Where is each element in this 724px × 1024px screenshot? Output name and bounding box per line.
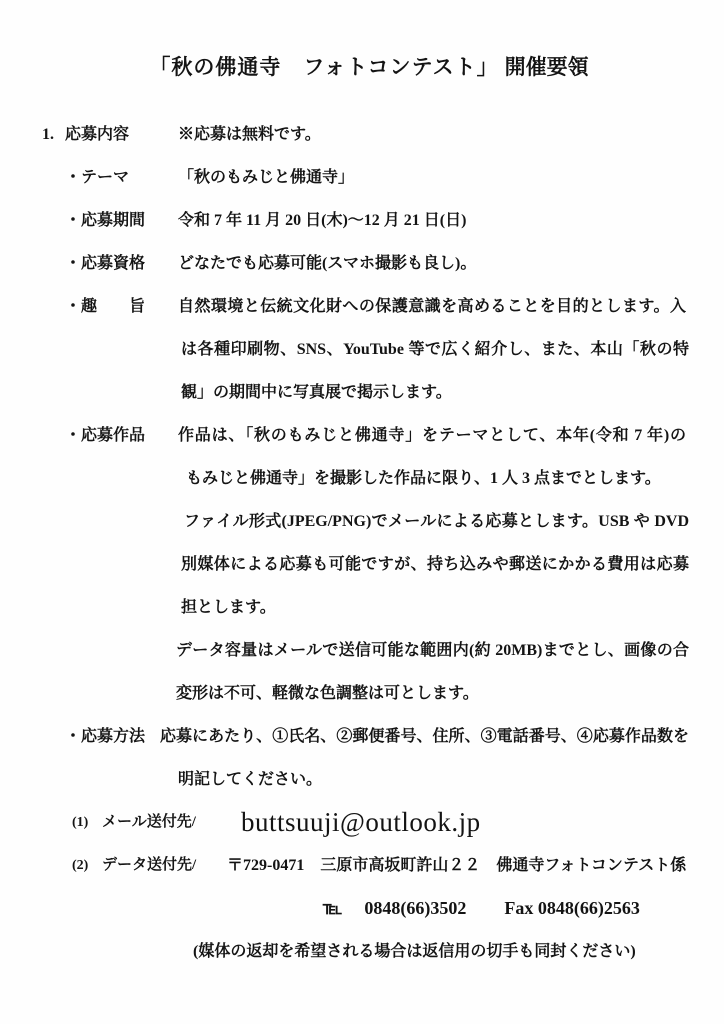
contact-postal-row: (2) データ送付先/ 〒729-0471 三原市高坂町許山２２ 佛通寺フォトコ… bbox=[0, 844, 724, 887]
item-theme-row: ・テーマ 「秋のもみじと佛通寺」 bbox=[0, 156, 724, 199]
document-title: 「秋の佛通寺 フォトコンテスト」開催要領 bbox=[0, 0, 724, 82]
fax-number: 0848(66)2563 bbox=[538, 887, 640, 930]
section-note: ※応募は無料です。 bbox=[178, 126, 321, 143]
item-method-line-1: 応募にあたり、①氏名、②郵便番号、住所、③電話番号、④応募作品数を bbox=[160, 715, 689, 758]
tel-label: ℡ bbox=[323, 887, 342, 930]
item-purpose-line-2: は各種印刷物、SNS、YouTube 等で広く紹介し、また、本山「秋の特別拝 bbox=[181, 328, 689, 371]
item-works-line-4: 別媒体による応募も可能ですが、持ち込みや郵送にかかる費用は応募者の負 bbox=[181, 543, 689, 586]
item-works-line-2: もみじと佛通寺」を撮影した作品に限り、1 人 3 点までとします。 bbox=[186, 457, 689, 500]
section-heading: 応募内容 bbox=[65, 113, 178, 156]
item-method-label: ・応募方法 bbox=[65, 715, 160, 758]
item-period-row: ・応募期間 令和 7 年 11 月 20 日(木)～12 月 21 日(日) bbox=[0, 199, 724, 242]
item-works-data-line-2: 変形は不可、軽微な色調整は可とします。 bbox=[176, 672, 689, 715]
contact-email-row: (1) メール送付先/ buttsuuji@outlook.jp bbox=[0, 801, 724, 844]
item-theme-value: 「秋のもみじと佛通寺」 bbox=[178, 156, 686, 199]
document-page: 「秋の佛通寺 フォトコンテスト」開催要領 1.応募内容※応募は無料です。 ・テー… bbox=[0, 0, 724, 1024]
item-period-label: ・応募期間 bbox=[65, 199, 178, 242]
item-purpose-row: ・趣 旨 自然環境と伝統文化財への保護意識を高めることを目的とします。入賞作品 bbox=[0, 285, 724, 328]
fax-label: Fax bbox=[504, 887, 533, 930]
title-suffix: 開催要領 bbox=[505, 55, 589, 79]
item-method-line-2: 明記してください。 bbox=[178, 758, 686, 801]
tel-fax-row: ℡ 0848(66)3502 Fax 0848(66)2563 bbox=[323, 887, 724, 930]
item-works-line-3: ファイル形式(JPEG/PNG)でメールによる応募とします。USB や DVD … bbox=[184, 500, 689, 543]
item-works-line-1: 作品は、「秋のもみじと佛通寺」をテーマとして、本年(令和 7 年)の「秋の bbox=[178, 414, 686, 457]
tel-number: 0848(66)3502 bbox=[364, 887, 466, 930]
item-eligibility-label: ・応募資格 bbox=[65, 242, 178, 285]
item-works-line-5: 担とします。 bbox=[181, 586, 689, 629]
item-purpose-line-3: 観」の期間中に写真展で掲示します。 bbox=[181, 371, 689, 414]
item-purpose-label: ・趣 旨 bbox=[65, 285, 178, 328]
section-number: 1. bbox=[42, 113, 65, 156]
return-postage-note: (媒体の返却を希望される場合は返信用の切手も同封ください) bbox=[193, 930, 724, 973]
document-body: 1.応募内容※応募は無料です。 ・テーマ 「秋のもみじと佛通寺」 ・応募期間 令… bbox=[0, 113, 724, 973]
contact-email-address: buttsuuji@outlook.jp bbox=[227, 801, 481, 844]
contact-postal-label: データ送付先/ bbox=[102, 844, 227, 887]
item-works-row: ・応募作品 作品は、「秋のもみじと佛通寺」をテーマとして、本年(令和 7 年)の… bbox=[0, 414, 724, 457]
item-method-row: ・応募方法 応募にあたり、①氏名、②郵便番号、住所、③電話番号、④応募作品数を bbox=[0, 715, 724, 758]
contact-email-number: (1) bbox=[72, 801, 102, 844]
item-theme-label: ・テーマ bbox=[65, 156, 178, 199]
item-period-value: 令和 7 年 11 月 20 日(木)～12 月 21 日(日) bbox=[178, 199, 686, 242]
item-works-label: ・応募作品 bbox=[65, 414, 178, 457]
item-eligibility-value: どなたでも応募可能(スマホ撮影も良し)。 bbox=[178, 242, 686, 285]
section-heading-row: 1.応募内容※応募は無料です。 bbox=[0, 113, 724, 156]
contact-postal-number: (2) bbox=[72, 844, 102, 887]
contact-postal-address: 〒729-0471 三原市高坂町許山２２ 佛通寺フォトコンテスト係 bbox=[227, 844, 686, 887]
title-contest-name: 「秋の佛通寺 フォトコンテスト」 bbox=[149, 55, 498, 79]
item-works-data-line-1: データ容量はメールで送信可能な範囲内(約 20MB)までとし、画像の合成、 bbox=[176, 629, 689, 672]
contact-email-label: メール送付先/ bbox=[102, 801, 227, 844]
item-purpose-line-1: 自然環境と伝統文化財への保護意識を高めることを目的とします。入賞作品 bbox=[178, 285, 686, 328]
item-eligibility-row: ・応募資格 どなたでも応募可能(スマホ撮影も良し)。 bbox=[0, 242, 724, 285]
